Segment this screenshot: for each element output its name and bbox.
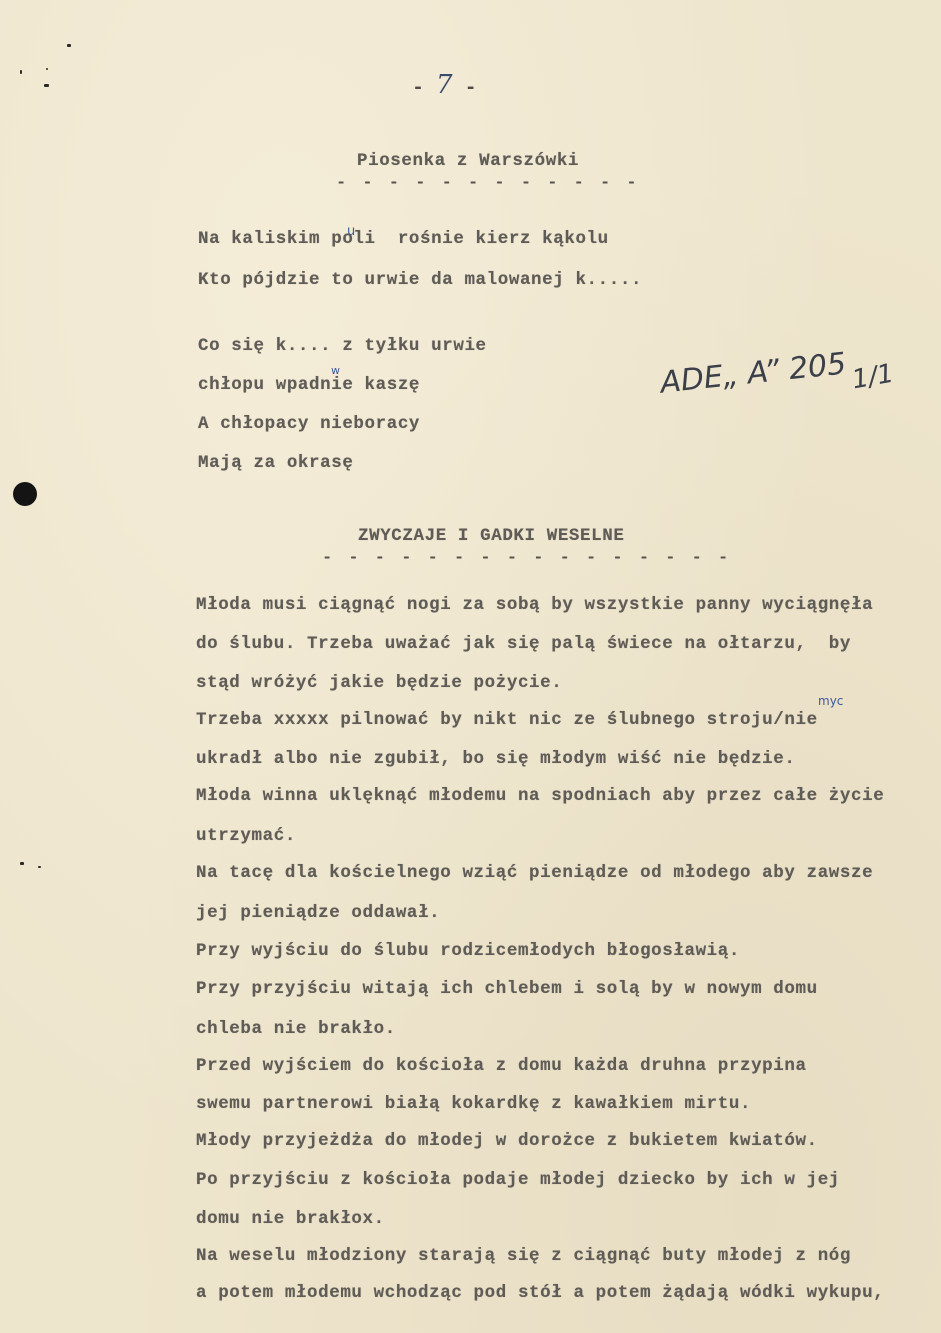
page-number: - 7 -	[412, 70, 477, 100]
section-title-underline: - - - - - - - - - - - - - - - -	[322, 549, 731, 568]
ink-speck	[20, 862, 24, 865]
document-page: - 7 - Piosenka z Warszówki - - - - - - -…	[0, 0, 941, 1333]
custom-line: Po przyjściu z kościoła podaje młodej dz…	[196, 1170, 840, 1190]
custom-line: Trzeba xxxxx pilnować by nikt nic ze ślu…	[196, 710, 818, 730]
punch-hole	[13, 482, 37, 506]
song-line: Na kaliskim poli rośnie kierz kąkolu	[198, 229, 609, 249]
custom-line: jej pieniądze oddawał.	[196, 903, 440, 923]
ink-speck	[67, 44, 71, 47]
section-title: ZWYCZAJE I GADKI WESELNE	[358, 526, 624, 546]
custom-line: Przed wyjściem do kościoła z domu każda …	[196, 1056, 807, 1076]
archive-mark: ADE„ A” 205	[659, 346, 848, 400]
custom-line: utrzymać.	[196, 826, 296, 846]
page-number-value: 7	[436, 70, 453, 100]
custom-line: Przy wyjściu do ślubu rodzicemłodych bło…	[196, 941, 740, 961]
custom-line: Młody przyjeżdża do młodej w dorożce z b…	[196, 1131, 818, 1151]
handwritten-correction: w	[331, 364, 340, 377]
page-number-prefix: -	[412, 77, 436, 100]
custom-line: swemu partnerowi białą kokardkę z kawałk…	[196, 1094, 751, 1114]
custom-line: stąd wróżyć jakie będzie pożycie.	[196, 673, 562, 693]
custom-line: Młoda winna uklęknąć młodemu na spodniac…	[196, 786, 884, 806]
ink-speck	[20, 70, 22, 74]
song-line: chłopu wpadnie kaszę	[198, 375, 420, 395]
custom-line: Na tacę dla kościelnego wziąć pieniądze …	[196, 863, 873, 883]
custom-line: Młoda musi ciągnąć nogi za sobą by wszys…	[196, 595, 873, 615]
song-line: Mają za okrasę	[198, 453, 353, 473]
custom-line: a potem młodemu wchodząc pod stół a pote…	[196, 1283, 884, 1303]
ink-speck	[38, 866, 41, 868]
custom-line: Przy przyjściu witają ich chlebem i solą…	[196, 979, 818, 999]
song-line: Co się k.... z tyłku urwie	[198, 336, 487, 356]
archive-mark-fraction: 1/1	[850, 359, 896, 396]
custom-line: chleba nie brakło.	[196, 1019, 396, 1039]
song-title-underline: - - - - - - - - - - - -	[336, 174, 640, 193]
handwritten-correction: myc	[818, 694, 843, 708]
custom-line: do ślubu. Trzeba uważać jak się palą świ…	[196, 634, 851, 654]
ink-speck	[44, 84, 49, 87]
ink-speck	[46, 68, 48, 70]
page-number-suffix: -	[453, 77, 477, 100]
custom-line: ukradł albo nie zgubił, bo się młodym wi…	[196, 749, 796, 769]
custom-line: Na weselu młodziony starają się z ciągną…	[196, 1246, 851, 1266]
song-title: Piosenka z Warszówki	[357, 151, 579, 171]
song-line: A chłopacy nieboracy	[198, 414, 420, 434]
song-line: Kto pójdzie to urwie da malowanej k.....	[198, 270, 642, 290]
handwritten-correction: u	[347, 224, 355, 239]
custom-line: domu nie brakłox.	[196, 1209, 385, 1229]
